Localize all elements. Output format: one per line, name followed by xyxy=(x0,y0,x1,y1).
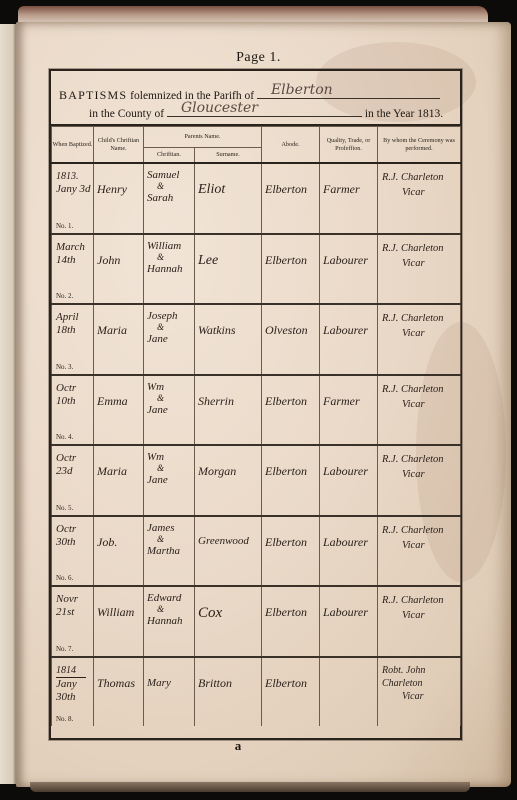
county-value: Gloucester xyxy=(181,100,258,116)
table-row: Octr 23dNo. 5. Maria Wm&Jane Morgan Elbe… xyxy=(52,445,461,516)
entry-number: No. 2. xyxy=(56,292,73,300)
mother-name: Jane xyxy=(147,474,168,486)
entry-number: No. 6. xyxy=(56,574,73,582)
father-name: Joseph xyxy=(147,310,178,322)
officiant-title: Vicar xyxy=(382,608,444,623)
surname: Watkins xyxy=(198,323,236,338)
baptism-register-table: When Baptized. Child's Chriftian Name. P… xyxy=(51,126,461,726)
cell-by-whom: R.J. CharletonVicar xyxy=(378,445,461,516)
cell-child: Emma xyxy=(94,375,144,446)
officiant-title: Vicar xyxy=(382,185,444,200)
quality: Farmer xyxy=(323,182,360,197)
cell-by-whom: R.J. CharletonVicar xyxy=(378,375,461,446)
entry-date: April 18th xyxy=(56,311,79,336)
register-header: BAPTISMS folemnized in the Parifh of Elb… xyxy=(51,71,460,126)
entry-number: No. 7. xyxy=(56,645,73,653)
officiant-title: Vicar xyxy=(382,538,444,553)
quality: Labourer xyxy=(323,605,368,620)
child-name: Thomas xyxy=(97,676,135,691)
child-name: Henry xyxy=(97,182,127,197)
cell-when: Octr 23dNo. 5. xyxy=(52,445,94,516)
cell-quality: Labourer xyxy=(320,516,378,587)
col-parents-surname: Surname. xyxy=(195,148,262,164)
child-name: Maria xyxy=(97,323,127,338)
cell-abode: Elberton xyxy=(262,657,320,727)
year-label: in the Year 1813. xyxy=(365,108,443,120)
abode: Elberton xyxy=(265,676,307,691)
entry-year: 1813. xyxy=(56,170,91,183)
cell-parents-christian: William&Hannah xyxy=(144,234,195,305)
cell-parents-christian: Wm&Jane xyxy=(144,445,195,516)
entry-number: No. 4. xyxy=(56,433,73,441)
surname: Britton xyxy=(198,676,232,691)
child-name: Emma xyxy=(97,394,128,409)
cell-child: Thomas xyxy=(94,657,144,727)
table-row: April 18thNo. 3. Maria Joseph&Jane Watki… xyxy=(52,304,461,375)
page-title: Page 1. xyxy=(0,50,517,66)
cell-parents-christian: Edward&Hannah xyxy=(144,586,195,657)
cell-by-whom: R.J. CharletonVicar xyxy=(378,234,461,305)
cell-when: 1814Jany 30thNo. 8. xyxy=(52,657,94,727)
table-row: Octr 10thNo. 4. Emma Wm&Jane Sherrin Elb… xyxy=(52,375,461,446)
father-name: James xyxy=(147,522,175,534)
col-child-name: Child's Chriftian Name. xyxy=(94,127,144,164)
cell-surname: Cox xyxy=(195,586,262,657)
cell-parents-christian: James&Martha xyxy=(144,516,195,587)
entry-number: No. 3. xyxy=(56,363,73,371)
register-frame: BAPTISMS folemnized in the Parifh of Elb… xyxy=(49,69,462,740)
entry-date: Novr 21st xyxy=(56,593,78,618)
mother-name: Sarah xyxy=(147,192,173,204)
surname: Cox xyxy=(198,605,222,622)
officiant: R.J. Charleton xyxy=(382,384,444,395)
quality: Farmer xyxy=(323,394,360,409)
cell-when: Octr 10thNo. 4. xyxy=(52,375,94,446)
entry-date: Octr 23d xyxy=(56,452,76,477)
cell-surname: Watkins xyxy=(195,304,262,375)
surname: Morgan xyxy=(198,464,236,479)
child-name: John xyxy=(97,253,120,268)
table-row: Octr 30thNo. 6. Job. James&Martha Greenw… xyxy=(52,516,461,587)
mother-name: Jane xyxy=(147,333,168,345)
entry-year: 1814 xyxy=(56,664,86,678)
header-line-county: in the County of Gloucester in the Year … xyxy=(89,103,443,120)
officiant-title: Vicar xyxy=(382,326,444,341)
cell-abode: Elberton xyxy=(262,586,320,657)
cell-parents-christian: Joseph&Jane xyxy=(144,304,195,375)
cell-when: 1813.Jany 3dNo. 1. xyxy=(52,163,94,234)
cell-by-whom: R.J. CharletonVicar xyxy=(378,586,461,657)
cell-surname: Britton xyxy=(195,657,262,727)
col-by-whom: By whom the Ceremony was performed. xyxy=(378,127,461,164)
mother-name: Hannah xyxy=(147,615,182,627)
cell-child: Job. xyxy=(94,516,144,587)
cell-abode: Elberton xyxy=(262,445,320,516)
entry-date: March 14th xyxy=(56,241,85,266)
cell-abode: Olveston xyxy=(262,304,320,375)
cell-abode: Elberton xyxy=(262,163,320,234)
county-field: Gloucester xyxy=(167,103,362,117)
mother-name: Martha xyxy=(147,545,180,557)
cell-when: March 14thNo. 2. xyxy=(52,234,94,305)
officiant: R.J. Charleton xyxy=(382,172,444,183)
cell-surname: Lee xyxy=(195,234,262,305)
cell-parents-christian: Wm&Jane xyxy=(144,375,195,446)
officiant: R.J. Charleton xyxy=(382,525,444,536)
surname: Greenwood xyxy=(198,535,249,547)
baptisms-heading: BAPTISMS xyxy=(59,88,127,102)
entry-number: No. 8. xyxy=(56,715,73,723)
officiant-title: Vicar xyxy=(382,397,444,412)
quality: Labourer xyxy=(323,535,368,550)
cell-abode: Elberton xyxy=(262,375,320,446)
cell-abode: Elberton xyxy=(262,234,320,305)
col-when-baptized: When Baptized. xyxy=(52,127,94,164)
table-row: 1813.Jany 3dNo. 1. Henry Samuel&Sarah El… xyxy=(52,163,461,234)
col-parents-christian: Chriftian. xyxy=(144,148,195,164)
parish-value: Elberton xyxy=(271,82,333,98)
quality: Labourer xyxy=(323,464,368,479)
entry-number: No. 1. xyxy=(56,222,73,230)
officiant-title: Vicar xyxy=(382,690,460,703)
officiant: Robt. John Charleton xyxy=(382,665,425,689)
abode: Elberton xyxy=(265,605,307,620)
father-name: William xyxy=(147,240,181,252)
entry-date: Octr 10th xyxy=(56,382,76,407)
surname: Sherrin xyxy=(198,394,234,409)
table-row: Novr 21stNo. 7. William Edward&Hannah Co… xyxy=(52,586,461,657)
abode: Olveston xyxy=(265,323,308,338)
abode: Elberton xyxy=(265,394,307,409)
cell-surname: Morgan xyxy=(195,445,262,516)
cell-surname: Eliot xyxy=(195,163,262,234)
cell-quality xyxy=(320,657,378,727)
cell-quality: Farmer xyxy=(320,163,378,234)
entry-date: Octr 30th xyxy=(56,523,76,548)
book-bottom-edge xyxy=(30,782,470,792)
officiant-title: Vicar xyxy=(382,467,444,482)
cell-by-whom: Robt. John CharletonVicar xyxy=(378,657,461,727)
table-row: March 14thNo. 2. John William&Hannah Lee… xyxy=(52,234,461,305)
cell-by-whom: R.J. CharletonVicar xyxy=(378,304,461,375)
officiant: R.J. Charleton xyxy=(382,454,444,465)
mother-name: Jane xyxy=(147,404,168,416)
entry-date: Jany 3d xyxy=(56,183,91,195)
table-row: 1814Jany 30thNo. 8. Thomas Mary Britton … xyxy=(52,657,461,727)
abode: Elberton xyxy=(265,464,307,479)
entry-date: Jany 30th xyxy=(56,678,77,703)
signature-mark: a xyxy=(0,738,476,754)
father-name: Mary xyxy=(147,677,171,689)
quality: Labourer xyxy=(323,253,368,268)
cell-when: Octr 30thNo. 6. xyxy=(52,516,94,587)
cell-surname: Sherrin xyxy=(195,375,262,446)
officiant: R.J. Charleton xyxy=(382,243,444,254)
col-quality: Quality, Trade, or Profeffion. xyxy=(320,127,378,164)
abode: Elberton xyxy=(265,182,307,197)
abode: Elberton xyxy=(265,535,307,550)
cell-quality: Farmer xyxy=(320,375,378,446)
cell-parents-christian: Samuel&Sarah xyxy=(144,163,195,234)
cell-by-whom: R.J. CharletonVicar xyxy=(378,163,461,234)
officiant: R.J. Charleton xyxy=(382,313,444,324)
officiant-title: Vicar xyxy=(382,256,444,271)
abode: Elberton xyxy=(265,253,307,268)
father-name: Wm xyxy=(147,451,164,463)
entry-number: No. 5. xyxy=(56,504,73,512)
surname: Lee xyxy=(198,253,218,269)
cell-child: Maria xyxy=(94,304,144,375)
cell-when: April 18thNo. 3. xyxy=(52,304,94,375)
surname: Eliot xyxy=(198,182,225,198)
cell-when: Novr 21stNo. 7. xyxy=(52,586,94,657)
cell-child: Maria xyxy=(94,445,144,516)
child-name: William xyxy=(97,605,134,620)
cell-surname: Greenwood xyxy=(195,516,262,587)
cell-quality: Labourer xyxy=(320,304,378,375)
father-name: Wm xyxy=(147,381,164,393)
cell-quality: Labourer xyxy=(320,586,378,657)
cell-by-whom: R.J. CharletonVicar xyxy=(378,516,461,587)
officiant: R.J. Charleton xyxy=(382,595,444,606)
father-name: Samuel xyxy=(147,169,179,181)
col-parents-name: Parents Name. xyxy=(144,127,262,148)
cell-child: John xyxy=(94,234,144,305)
cell-child: William xyxy=(94,586,144,657)
cell-parents-christian: Mary xyxy=(144,657,195,727)
cell-quality: Labourer xyxy=(320,234,378,305)
cell-abode: Elberton xyxy=(262,516,320,587)
parish-field: Elberton xyxy=(257,85,440,99)
col-abode: Abode. xyxy=(262,127,320,164)
child-name: Job. xyxy=(97,535,117,550)
cell-child: Henry xyxy=(94,163,144,234)
father-name: Edward xyxy=(147,592,181,604)
mother-name: Hannah xyxy=(147,263,182,275)
county-label: in the County of xyxy=(89,108,164,120)
child-name: Maria xyxy=(97,464,127,479)
quality: Labourer xyxy=(323,323,368,338)
cell-quality: Labourer xyxy=(320,445,378,516)
